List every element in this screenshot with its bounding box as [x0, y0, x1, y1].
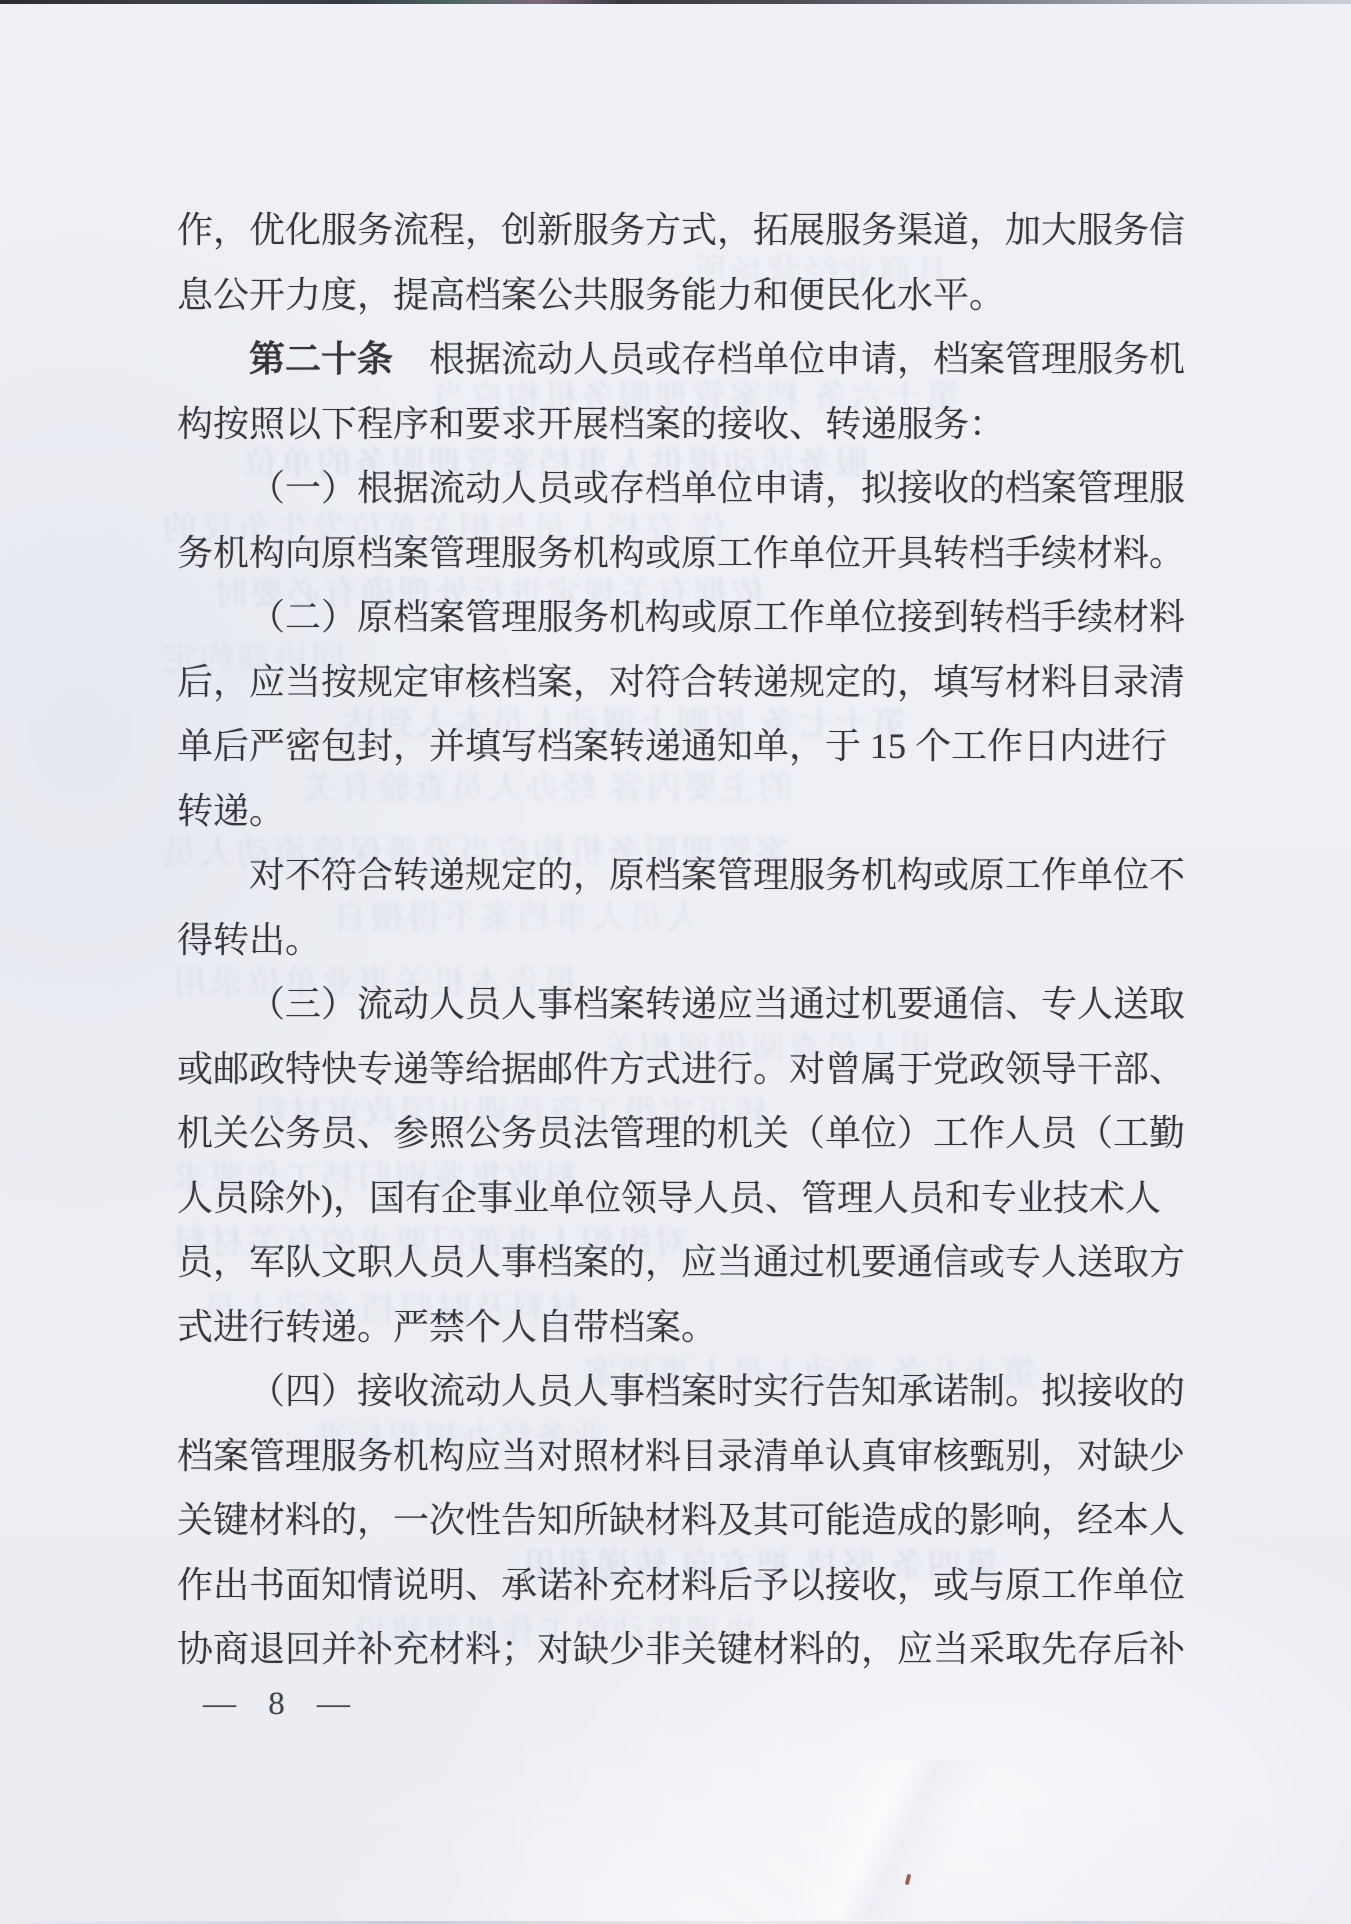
- text-line: 构按照以下程序和要求开展档案的接收、转递服务：: [177, 392, 1192, 457]
- text-line: 人员除外)，国有企事业单位领导人员、管理人员和专业技术人: [177, 1166, 1192, 1231]
- page-number: — 8 —: [203, 1686, 354, 1723]
- article-heading: 第二十条: [249, 339, 393, 379]
- text-line: 员，军队文职人员人事档案的，应当通过机要通信或专人送取方: [177, 1230, 1192, 1295]
- text-line: 后，应当按规定审核档案，对符合转递规定的，填写材料目录清: [177, 650, 1192, 715]
- paper-crease: [640, 1760, 1100, 1920]
- scan-speck: [905, 1874, 912, 1886]
- text-line: （二）原档案管理服务机构或原工作单位接到转档手续材料: [177, 585, 1192, 650]
- text-line: 转递。: [177, 779, 1192, 844]
- text-line: 式进行转递。严禁个人自带档案。: [177, 1295, 1192, 1360]
- text-line: 务机构向原档案管理服务机构或原工作单位开具转档手续材料。: [177, 521, 1192, 586]
- text-line: 第二十条 根据流动人员或存档单位申请，档案管理服务机: [177, 327, 1192, 392]
- text-line: （三）流动人员人事档案转递应当通过机要通信、专人送取: [177, 972, 1192, 1037]
- document-body: 作，优化服务流程，创新服务方式，拓展服务渠道，加大服务信息公开力度，提高档案公共…: [177, 198, 1192, 1682]
- text-line: 机关公务员、参照公务员法管理的机关（单位）工作人员（工勤: [177, 1101, 1192, 1166]
- text-line: 关键材料的，一次性告知所缺材料及其可能造成的影响，经本人: [177, 1488, 1192, 1553]
- text-line: 得转出。: [177, 908, 1192, 973]
- text-line: （四）接收流动人员人事档案时实行告知承诺制。拟接收的: [177, 1359, 1192, 1424]
- text-line: 作，优化服务流程，创新服务方式，拓展服务渠道，加大服务信: [177, 198, 1192, 263]
- text-line: 协商退回并补充材料；对缺少非关键材料的，应当采取先存后补: [177, 1617, 1192, 1682]
- text-line: 单后严密包封，并填写档案转递通知单，于 15 个工作日内进行: [177, 714, 1192, 779]
- text-line: 息公开力度，提高档案公共服务能力和便民化水平。: [177, 263, 1192, 328]
- scanned-page: 具商业经营场所第十六条 档案管理服务机构应当服务活动提供人事档案管理服务的单位作…: [0, 0, 1351, 1924]
- text-line: （一）根据流动人员或存档单位申请，拟接收的档案管理服: [177, 456, 1192, 521]
- text-line: 或邮政特快专递等给据邮件方式进行。对曾属于党政领导干部、: [177, 1037, 1192, 1102]
- text-line: 对不符合转递规定的，原档案管理服务机构或原工作单位不: [177, 843, 1192, 908]
- text-line: 档案管理服务机构应当对照材料目录清单认真审核甄别，对缺少: [177, 1424, 1192, 1489]
- text-line: 作出书面知情说明、承诺补充材料后予以接收，或与原工作单位: [177, 1553, 1192, 1618]
- scanner-edge-artifact: [0, 0, 1351, 4]
